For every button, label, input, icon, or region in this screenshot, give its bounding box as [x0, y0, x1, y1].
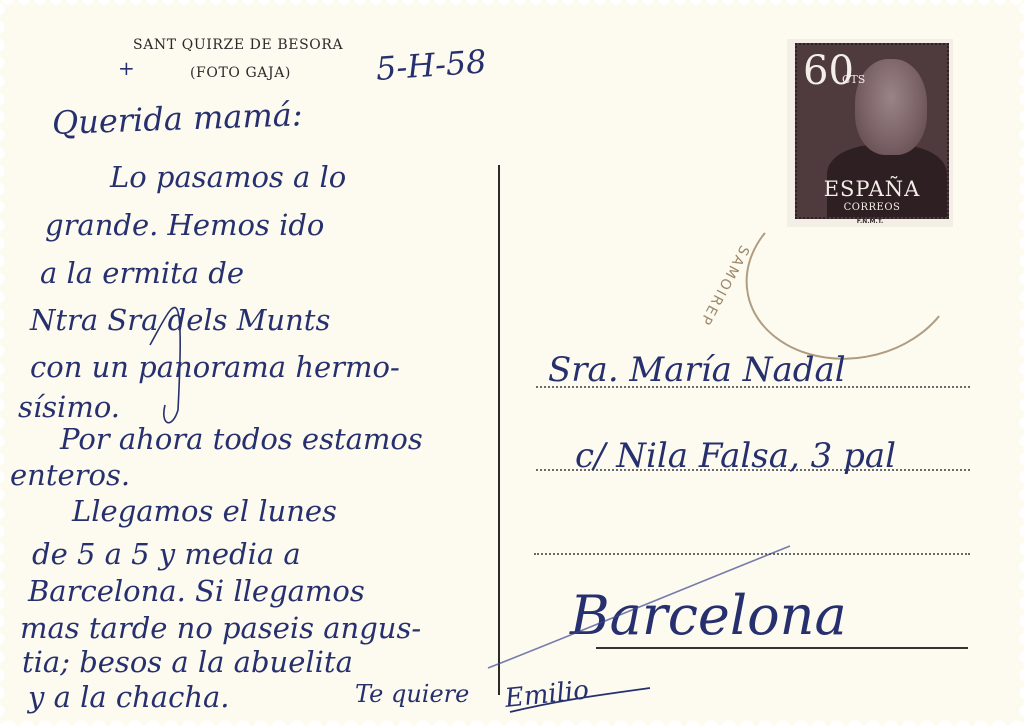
address-city: Barcelona: [570, 584, 847, 647]
message-line: Querida mamá:: [51, 95, 303, 142]
postcard: SANT QUIRZE DE BESORA (FOTO GAJA) + 5-H-…: [0, 0, 1024, 726]
message-line: a la ermita de: [40, 256, 244, 290]
message-line: Ntra Sra dels Munts: [30, 303, 330, 337]
address-recipient: Sra. María Nadal: [548, 350, 846, 390]
message-closing: Te quiere: [355, 680, 469, 708]
stamp-value: 60: [803, 49, 854, 93]
address-street: c/ Nila Falsa, 3 pal: [575, 436, 896, 476]
message-line: Llegamos el lunes: [72, 494, 337, 528]
message-line: y a la chacha.: [28, 680, 230, 714]
signature: Emilio: [503, 675, 590, 714]
deckle-edge-right: [1016, 0, 1024, 726]
cross-mark: +: [118, 56, 135, 80]
message-line: mas tarde no paseis angus-: [20, 611, 421, 645]
message-line: enteros.: [10, 458, 130, 492]
message-line: tia; besos a la abuelita: [22, 645, 353, 679]
address-line-3-rule: [534, 553, 970, 555]
message-line: Barcelona. Si llegamos: [28, 574, 365, 608]
deckle-edge-bottom: [0, 716, 1024, 726]
stamp-unit: CTS: [842, 73, 865, 86]
message-line: grande. Hemos ido: [45, 208, 324, 242]
caption-place: SANT QUIRZE DE BESORA: [133, 37, 343, 53]
divider-line: [498, 165, 500, 695]
message-line: Lo pasamos a lo: [110, 160, 346, 194]
address-line-4-rule: [596, 647, 968, 649]
postmark-text: SAMOIREP: [696, 242, 752, 328]
message-line: de 5 a 5 y media a: [32, 537, 301, 571]
stamp-portrait-icon: [855, 59, 927, 155]
message-line: con un panorama hermo-: [30, 350, 400, 384]
deckle-edge-left: [0, 0, 8, 726]
message-line: sísimo.: [18, 390, 120, 424]
deckle-edge-top: [0, 0, 1024, 8]
caption-credit: (FOTO GAJA): [190, 65, 291, 81]
message-line: Por ahora todos estamos: [60, 422, 423, 456]
handwritten-date: 5-H-58: [375, 42, 488, 88]
